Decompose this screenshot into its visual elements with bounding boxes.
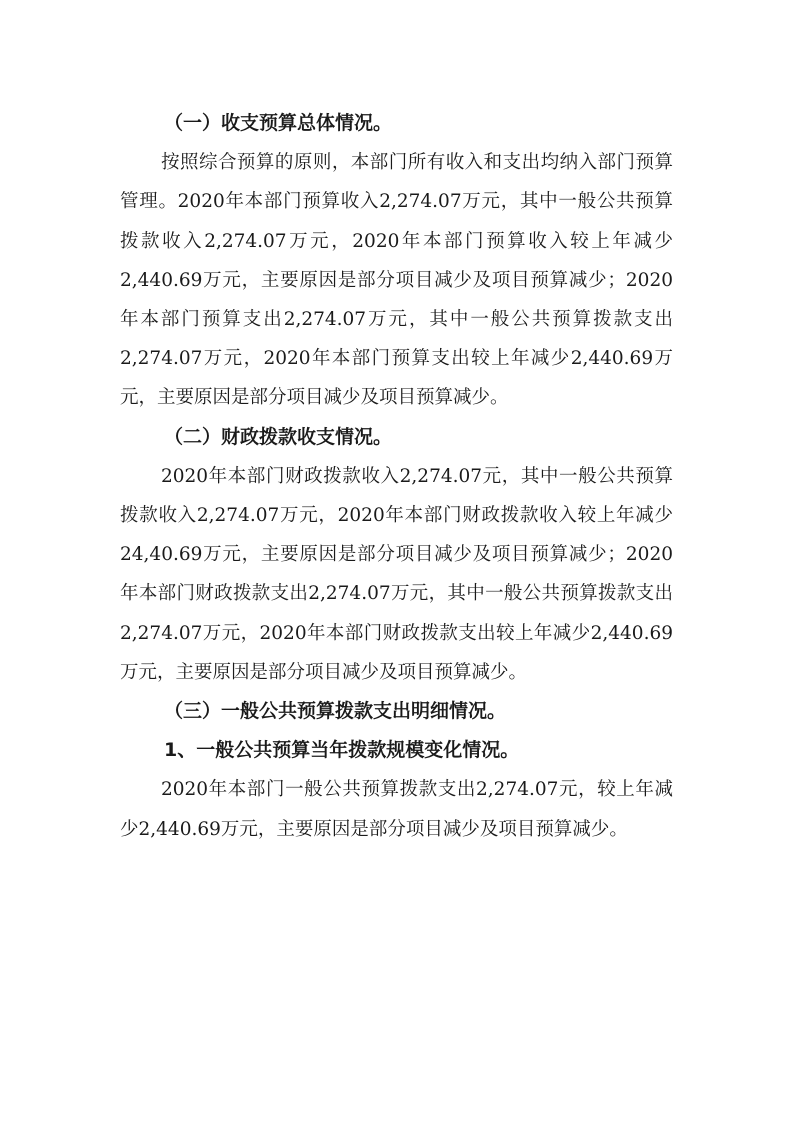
section-paragraph-3: 2020年本部门一般公共预算拨款支出2,274.07元，较上年减少2,440.6… xyxy=(120,770,673,848)
section-heading-1: （一）收支预算总体情况。 xyxy=(120,104,673,143)
document-page: （一）收支预算总体情况。 按照综合预算的原则，本部门所有收入和支出均纳入部门预算… xyxy=(120,104,673,849)
section-heading-3: （三）一般公共预算拨款支出明细情况。 xyxy=(120,692,673,731)
section-subheading-3-1: 1、一般公共预算当年拨款规模变化情况。 xyxy=(120,731,673,770)
section-heading-2: （二）财政拨款收支情况。 xyxy=(120,418,673,457)
section-paragraph-2: 2020年本部门财政拨款收入2,274.07元，其中一般公共预算拨款收入2,27… xyxy=(120,457,673,692)
section-paragraph-1: 按照综合预算的原则，本部门所有收入和支出均纳入部门预算管理。2020年本部门预算… xyxy=(120,143,673,417)
